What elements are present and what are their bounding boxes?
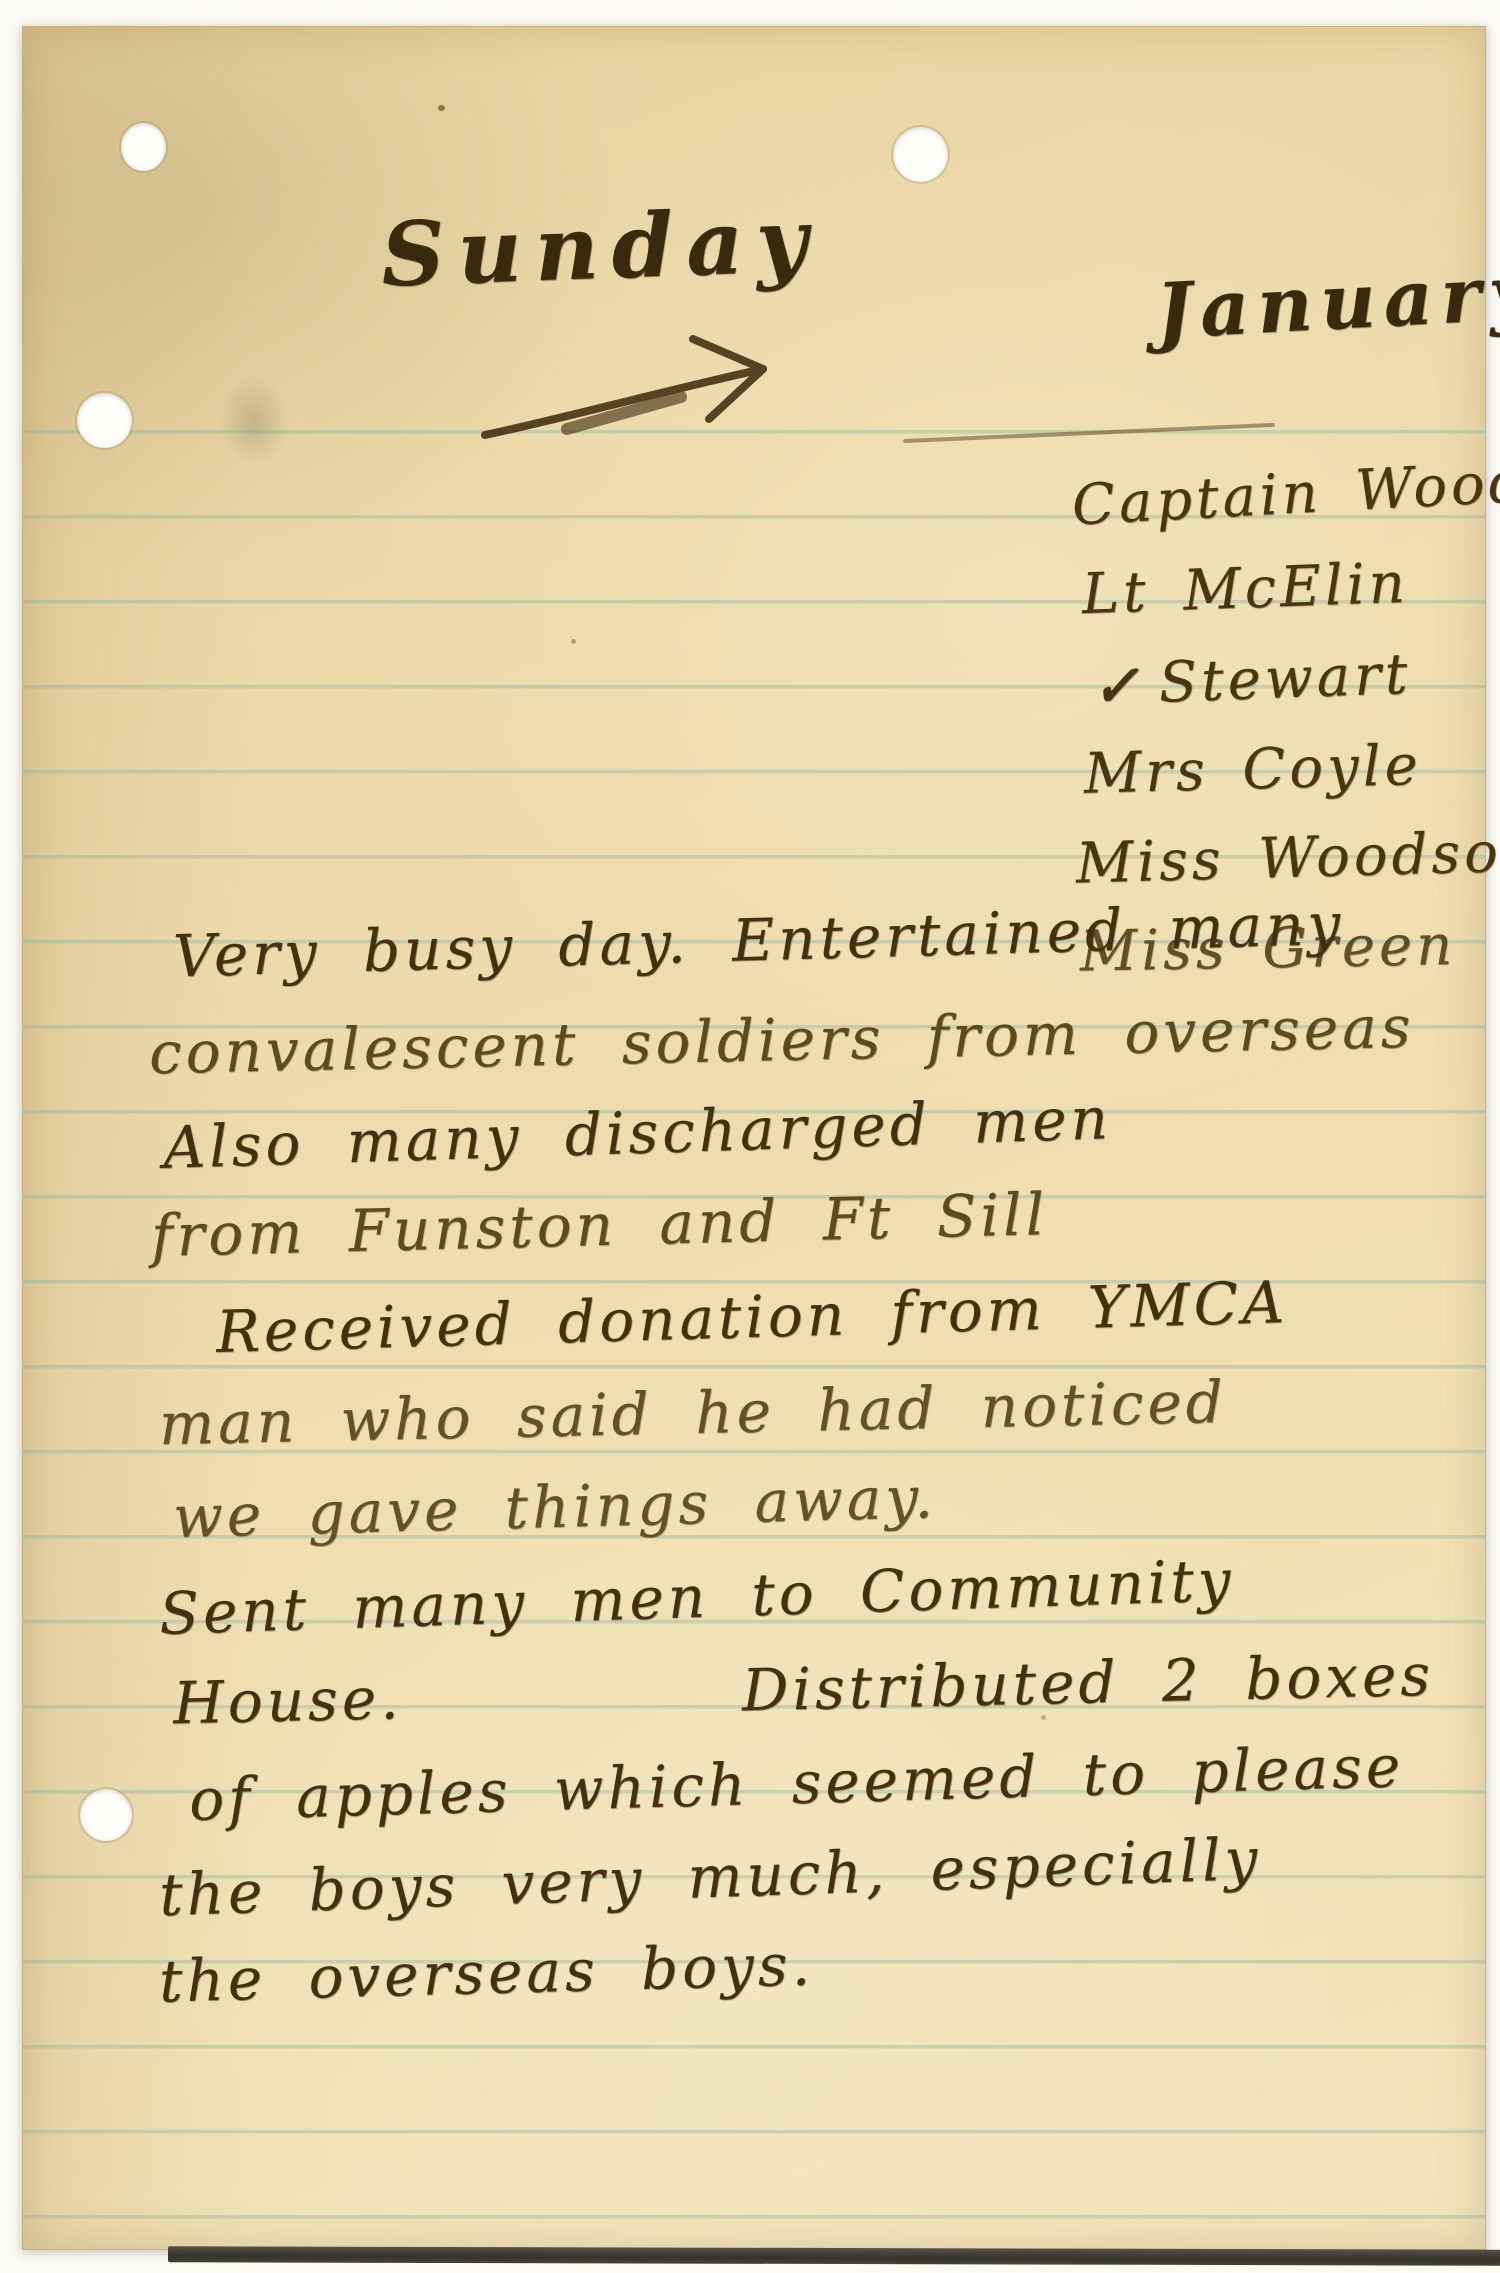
- arrow-flourish-icon: [471, 327, 831, 467]
- book-edge-shadow: [168, 2246, 1500, 2265]
- heading-date-text: January 19: [1154, 239, 1500, 356]
- punch-hole: [77, 393, 132, 448]
- heading-day: Sunday: [379, 187, 822, 306]
- ink-smudge-stain: [219, 375, 289, 467]
- scan-background: Sunday January 19— Captain Woodson Lt Mc…: [0, 0, 1500, 2273]
- punch-hole: [121, 123, 166, 171]
- paper-speck: [571, 639, 576, 644]
- paper-speck: [438, 105, 445, 111]
- punch-hole: [893, 127, 948, 182]
- punch-hole: [80, 1789, 132, 1841]
- diary-page: Sunday January 19— Captain Woodson Lt Mc…: [22, 26, 1486, 2250]
